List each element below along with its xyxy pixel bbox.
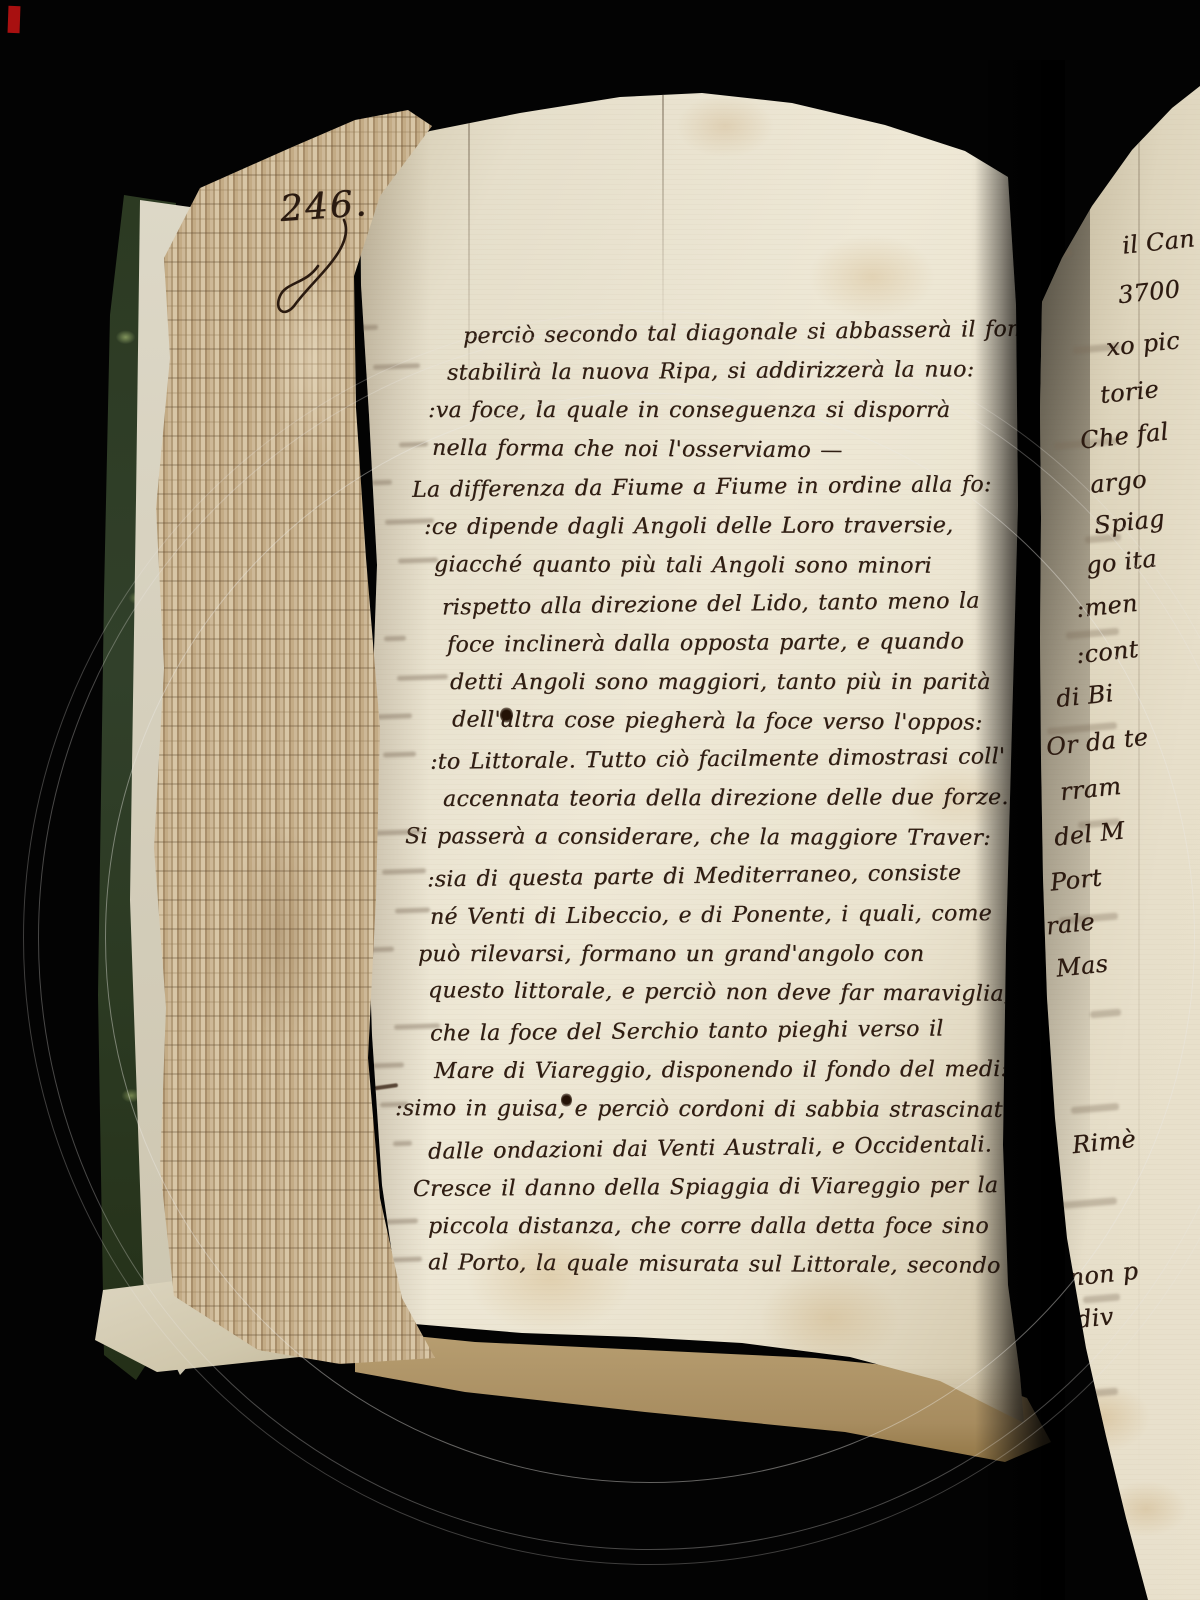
manuscript-line: Mare di Viareggio, disponendo il fondo d… — [434, 1055, 1008, 1087]
right-page-fragment: torie — [1099, 375, 1161, 409]
manuscript-line: :va foce, la quale in conseguenza si dis… — [428, 396, 950, 426]
manuscript-line: piccola distanza, che corre dalla detta … — [428, 1211, 989, 1241]
manuscript-line: dalle ondazioni dai Venti Australi, e Oc… — [428, 1130, 992, 1167]
right-page-fragment: Port — [1049, 863, 1104, 896]
manuscript-line: né Venti di Libeccio, e di Ponente, i qu… — [430, 899, 992, 933]
page-crease — [662, 91, 664, 351]
right-page-fragment: Che fal — [1079, 417, 1170, 454]
manuscript-line: giacché quanto più tali Angoli sono mino… — [434, 550, 932, 581]
right-page-fragment: :men — [1075, 589, 1139, 623]
manuscript-line: accennata teoria della direzione delle d… — [443, 783, 1009, 815]
manuscript-line: Cresce il danno della Spiaggia di Viareg… — [413, 1171, 998, 1205]
right-page-fragment: Rimè — [1071, 1125, 1137, 1160]
manuscript-line: che la foce del Serchio tanto pieghi ver… — [430, 1015, 944, 1050]
right-page-fragment: go ita — [1085, 544, 1158, 579]
manuscript-line: al Porto, la quale misurata sul Littoral… — [428, 1249, 1001, 1282]
bleedthrough-stroke — [398, 557, 438, 563]
red-corner-mark — [8, 6, 21, 33]
manuscript-line: :to Littorale. Tutto ciò facilmente dimo… — [430, 743, 1006, 779]
right-page-fragment: il Can — [1121, 224, 1196, 259]
left-page: perciò secondo tal diagonale si abbasser… — [340, 85, 1040, 1455]
bleedthrough-stroke — [384, 635, 406, 641]
ink-blot — [500, 707, 513, 723]
bleedthrough-stroke — [380, 1102, 408, 1108]
right-page-fragment: del M — [1053, 816, 1126, 851]
right-page-fragment: Mas — [1055, 949, 1110, 982]
bleedthrough-stroke — [397, 674, 448, 681]
manuscript-line: Si passerà a considerare, che la maggior… — [405, 822, 991, 854]
manuscript-line: foce inclinerà dalla opposta parte, e qu… — [447, 627, 964, 660]
right-page-fragment: 3700 — [1117, 275, 1182, 309]
bleedthrough-stroke — [399, 441, 428, 447]
bleedthrough-stroke — [393, 1141, 412, 1147]
ink-blot — [561, 1093, 572, 1107]
right-page-fragment: rale — [1045, 908, 1097, 941]
right-page-fragment: Spiag — [1093, 504, 1166, 539]
right-page-fragment: rram — [1059, 772, 1123, 806]
manuscript-line: questo littorale, e perciò non deve far … — [428, 977, 1011, 1010]
manuscript-line: rispetto alla direzione del Lido, tanto … — [442, 586, 980, 623]
bleedthrough-stroke — [1076, 1578, 1119, 1589]
manuscript-line: stabilirà la nuova Ripa, si addirizzerà … — [447, 355, 975, 388]
right-page-fragment: :cont — [1075, 635, 1140, 669]
page-number-flourish — [272, 214, 382, 324]
manuscript-line: nella forma che noi l'osserviamo — — [432, 433, 843, 465]
manuscript-line: :ce dipende dagli Angoli delle Loro trav… — [424, 511, 954, 543]
bleedthrough-stroke — [360, 325, 378, 331]
manuscript-photo: perciò secondo tal diagonale si abbasser… — [0, 0, 1200, 1600]
manuscript-line: La differenza da Fiume a Fiume in ordine… — [412, 471, 992, 507]
right-page-fragment: xo pic — [1105, 326, 1181, 362]
right-page-fragment: argo — [1089, 465, 1148, 499]
right-page-fragment: di Bi — [1055, 679, 1115, 713]
manuscript-line: detti Angoli sono maggiori, tanto più in… — [450, 668, 991, 698]
manuscript-line: :simo in guisa, e perciò cordoni di sabb… — [395, 1094, 1016, 1126]
bleedthrough-stroke — [395, 907, 430, 913]
right-page-fragment: div — [1075, 1302, 1115, 1334]
bleedthrough-stroke — [1090, 1009, 1121, 1019]
bleedthrough-stroke — [1064, 1388, 1118, 1400]
manuscript-line: dell'altra cose piegherà la foce verso l… — [452, 705, 983, 738]
manuscript-line: può rilevarsi, formano un grand'angolo c… — [418, 940, 924, 970]
manuscript-line: :sia di questa parte di Mediterraneo, co… — [427, 858, 962, 895]
